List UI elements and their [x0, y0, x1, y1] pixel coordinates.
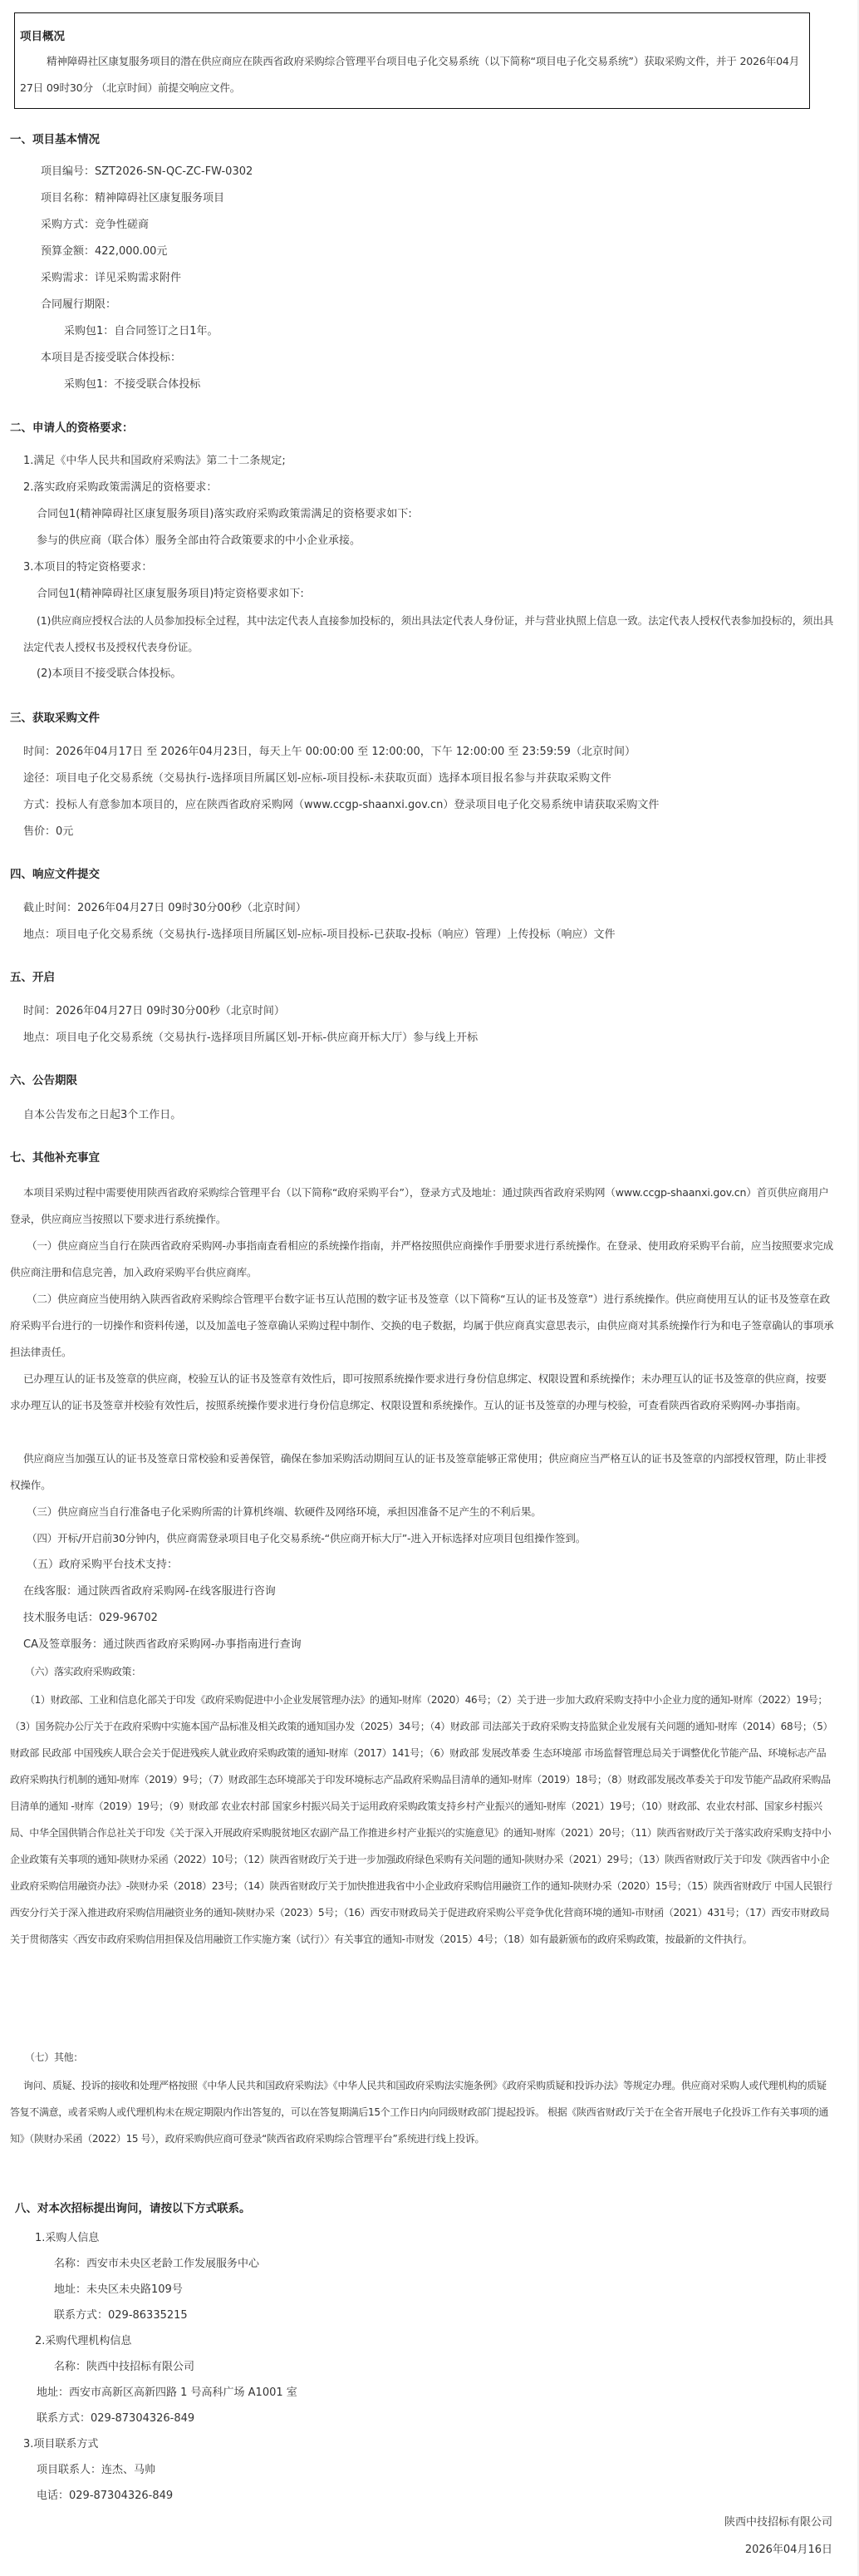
qualification-item-2-sub-1: 合同包1(精神障碍社区康复服务项目)落实政府采购政策需满足的资格要求如下: — [37, 508, 412, 521]
qualification-item-2: 2.落实政府采购政策需满足的资格要求： — [23, 481, 217, 495]
qualification-item-3-sub-3: (2)本项目不接受联合体投标。 — [37, 667, 181, 681]
agent-name: 名称：陕西中技招标有限公司 — [54, 2361, 194, 2374]
section-6-title: 六、公告期限 — [10, 1074, 77, 1087]
project-name: 项目名称：精神障碍社区康复服务项目 — [41, 192, 224, 205]
procurement-demand: 采购需求：详见采购需求附件 — [41, 272, 181, 285]
budget-amount: 预算金额：422,000.00元 — [41, 245, 167, 259]
procurement-method: 采购方式：竞争性磋商 — [41, 219, 149, 232]
signature-date: 2026年04月16日 — [745, 2544, 832, 2557]
notice-period: 自本公告发布之日起3个工作日。 — [23, 1109, 181, 1122]
contract-term-label: 合同履行期限： — [41, 298, 116, 312]
agent-phone: 联系方式：029-87304326-849 — [37, 2412, 194, 2426]
qualification-item-2-sub-2: 参与的供应商（联合体）服务全部由符合政策要求的中小企业承接。 — [37, 534, 361, 548]
section-2-title: 二、申请人的资格要求： — [10, 421, 134, 435]
buyer-address: 地址：未央区未央路109号 — [54, 2283, 183, 2297]
contract-term-package: 采购包1：自合同签订之日1年。 — [64, 325, 218, 338]
overview-title: 项目概况 — [20, 30, 65, 43]
section-8-title: 八、对本次招标提出询问，请按以下方式联系。 — [15, 2202, 251, 2215]
section-1-title: 一、项目基本情况 — [10, 133, 100, 146]
qualification-item-3-sub-2: (1)供应商应授权合法的人员参加投标全过程，其中法定代表人直接参加投标的，须出具… — [23, 608, 837, 661]
supplement-certificate-care: 供应商应当加强互认的证书及签章日常校验和妥善保管，确保在参加采购活动期间互认的证… — [10, 1446, 834, 1499]
section-5-title: 五、开启 — [10, 971, 55, 984]
support-tel: 技术服务电话：029-96702 — [23, 1612, 158, 1625]
supplement-item-3: （三）供应商应当自行准备电子化采购所需的计算机终端、软硬件及网络环境，承担因准备… — [10, 1499, 834, 1525]
support-ca: CA及签章服务：通过陕西省政府采购网-办事指南进行查询 — [23, 1638, 302, 1652]
acquire-way: 方式：投标人有意参加本项目的，应在陕西省政府采购网（www.ccgp-shaan… — [23, 799, 659, 812]
submission-place: 地点：项目电子化交易系统（交易执行-选择项目所属区划-应标-项目投标-已获取-投… — [23, 928, 615, 942]
qualification-item-1: 1.满足《中华人民共和国政府采购法》第二十二条规定; — [23, 455, 286, 468]
section-3-title: 三、获取采购文件 — [10, 712, 100, 725]
supplement-item-6: （六）落实政府采购政策： — [25, 1665, 141, 1678]
project-contact-person: 项目联系人：连杰、马帅 — [37, 2464, 155, 2477]
buyer-info-title: 1.采购人信息 — [35, 2232, 99, 2245]
complaint-info: 询问、质疑、投诉的接收和处理严格按照《中华人民共和国政府采购法》《中华人民共和国… — [10, 2072, 834, 2152]
policy-list: （1）财政部、工业和信息化部关于印发《政府采购促进中小企业发展管理办法》的通知-… — [10, 1687, 834, 1953]
section-7-title: 七、其他补充事宜 — [10, 1151, 100, 1165]
submission-deadline: 截止时间：2026年04月27日 09时30分00秒（北京时间） — [23, 902, 307, 915]
supplement-item-2: （二）供应商应当使用纳入陕西省政府采购综合管理平台数字证书互认范围的数字证书及签… — [10, 1286, 834, 1366]
buyer-name: 名称：西安市未央区老龄工作发展服务中心 — [54, 2258, 259, 2271]
supplement-certificate-note: 已办理互认的证书及签章的供应商，校验互认的证书及签章有效性后，即可按照系统操作要… — [10, 1366, 834, 1419]
project-number: 项目编号：SZT2026-SN-QC-ZC-FW-0302 — [41, 165, 253, 179]
agent-address: 地址：西安市高新区高新四路 1 号高科广场 A1001 室 — [37, 2386, 297, 2400]
acquire-price: 售价：0元 — [23, 825, 73, 839]
supplement-item-7: （七）其他： — [25, 2051, 83, 2064]
supplement-item-4: （四）开标/开启前30分钟内，供应商需登录项目电子化交易系统-“供应商开标大厅”… — [10, 1525, 834, 1552]
acquire-time: 时间：2026年04月17日 至 2026年04月23日，每天上午 00:00:… — [23, 746, 636, 759]
qualification-item-3-sub-1: 合同包1(精神障碍社区康复服务项目)特定资格要求如下: — [37, 588, 304, 601]
section-4-title: 四、响应文件提交 — [10, 868, 100, 881]
supplement-intro: 本项目采购过程中需要使用陕西省政府采购综合管理平台（以下简称“政府采购平台”），… — [10, 1180, 834, 1233]
signature-company: 陕西中技招标有限公司 — [724, 2516, 832, 2529]
opening-place: 地点：项目电子化交易系统（交易执行-选择项目所属区划-开标-供应商开标大厅）参与… — [23, 1032, 478, 1045]
buyer-phone: 联系方式：029-86335215 — [54, 2309, 188, 2322]
supplement-item-5: （五）政府采购平台技术支持： — [27, 1559, 178, 1572]
consortium-label: 本项目是否接受联合体投标： — [41, 352, 181, 365]
project-contact-title: 3.项目联系方式 — [23, 2438, 98, 2451]
agent-info-title: 2.采购代理机构信息 — [35, 2335, 131, 2348]
qualification-item-3: 3.本项目的特定资格要求： — [23, 561, 152, 574]
project-contact-phone: 电话：029-87304326-849 — [37, 2490, 173, 2503]
consortium-package: 采购包1：不接受联合体投标 — [64, 378, 200, 392]
support-online: 在线客服：通过陕西省政府采购网-在线客服进行咨询 — [23, 1585, 276, 1598]
overview-text: 精神障碍社区康复服务项目的潜在供应商应在陕西省政府采购综合管理平台项目电子化交易… — [20, 48, 809, 101]
supplement-item-1: （一）供应商应当自行在陕西省政府采购网-办事指南查看相应的系统操作指南，并严格按… — [10, 1233, 834, 1286]
acquire-route: 途径：项目电子化交易系统（交易执行-选择项目所属区划-应标-项目投标-未获取页面… — [23, 772, 611, 786]
opening-time: 时间：2026年04月27日 09时30分00秒（北京时间） — [23, 1005, 285, 1018]
